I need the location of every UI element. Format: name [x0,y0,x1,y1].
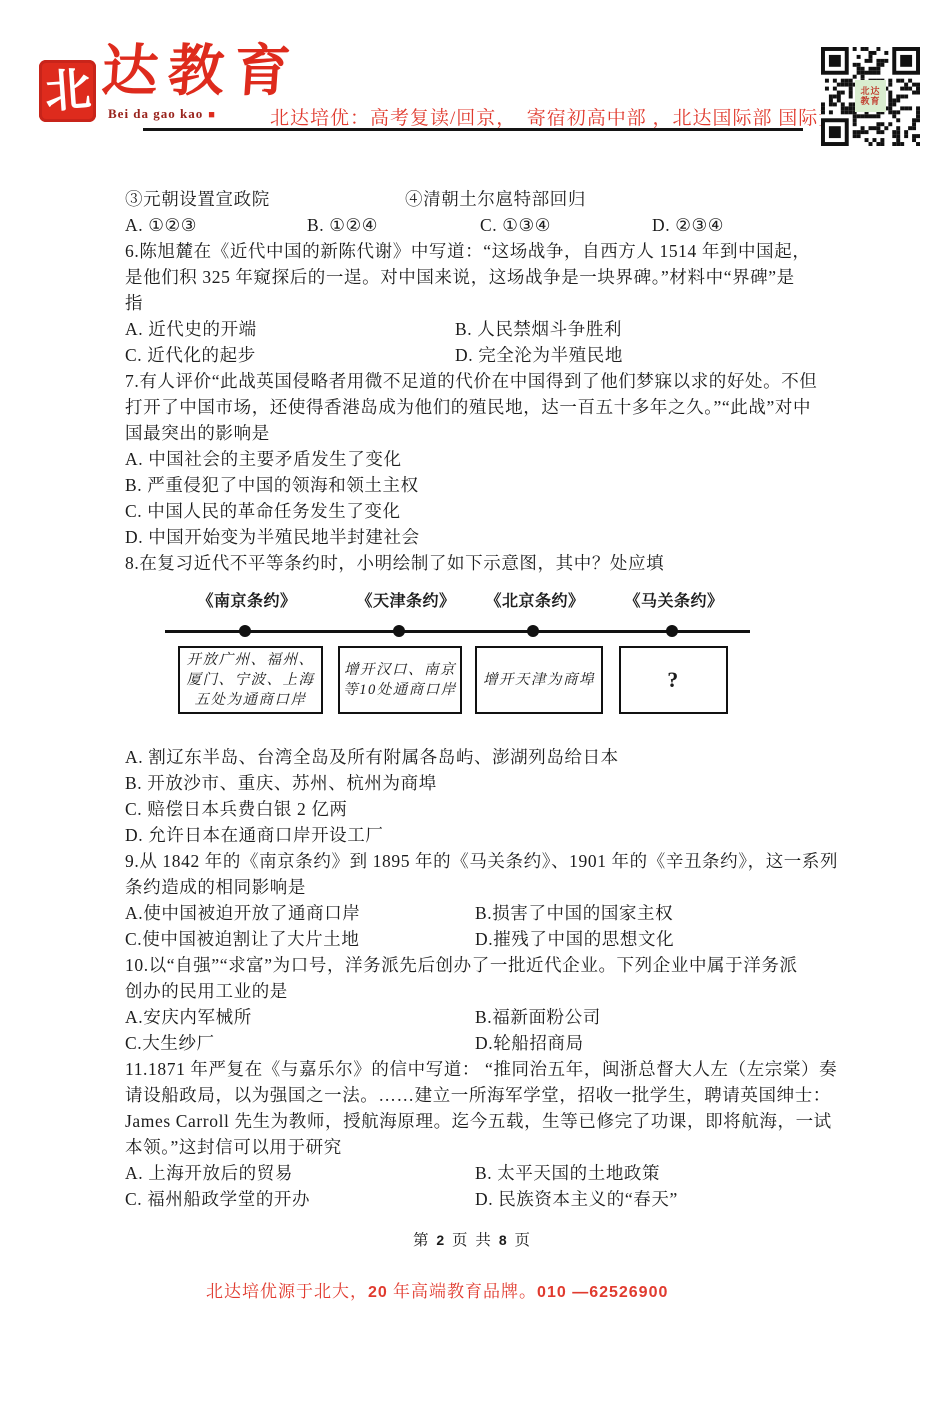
text-line: 10.以“自强”“求富”为口号，洋务派先后创办了一批近代企业。下列企业中属于洋务… [125,952,835,978]
text-line: A.安庆内军械所B.福新面粉公司 [125,1004,835,1030]
page-number: 第 2 页 共 8 页 [0,1228,945,1250]
text-segment: C. ①③④ [480,212,551,238]
timeline-line [165,630,750,633]
page-number-current: 2 [436,1232,446,1248]
timeline-dot [239,625,251,637]
text-segment: 指 [125,293,143,313]
text-segment: A.安庆内军械所 [125,1007,252,1027]
text-line: 请设船政局，以为强国之一法。……建立一所海军学堂，招收一批学生，聘请英国绅士： [125,1082,835,1108]
treaty-label-tianjin: 《天津条约》 [341,592,471,612]
text-segment: 本领。”这封信可以用于研究 [125,1137,342,1157]
text-line: 创办的民用工业的是 [125,978,835,1004]
text-segment: B. 人民禁烟斗争胜利 [455,316,622,342]
text-segment: D. ②③④ [652,212,724,238]
text-segment: C. 福州船政学堂的开办 [125,1189,310,1209]
header-tagline: 北达培优：高考复读/回京， 寄宿初高中部 ，北达国际部 国际竞赛部 [270,103,878,130]
footer-note: 北达培优源于北大，20 年高端教育品牌。010 —62526900 [206,1277,668,1302]
text-line: A. 中国社会的主要矛盾发生了变化 [125,446,835,472]
text-segment: D.轮船招商局 [475,1030,584,1056]
page-number-mid: 页 共 [446,1232,499,1249]
text-line: C.大生纱厂D.轮船招商局 [125,1030,835,1056]
text-line: James Carroll 先生为教师，授航海原理。迄今五载，生等已修完了功课，… [125,1108,835,1134]
treaty-box-nanjing: 开放广州、福州、 厦门、宁波、上海 五处为通商口岸 [178,646,323,714]
page-number-suffix: 页 [509,1232,532,1249]
text-line: ③元朝设置宣政院④清朝土尔扈特部回归 [125,186,835,212]
text-segment: ④清朝土尔扈特部回归 [405,186,586,212]
text-line: 本领。”这封信可以用于研究 [125,1134,835,1160]
text-segment: A. 上海开放后的贸易 [125,1163,293,1183]
text-segment: C. 近代化的起步 [125,345,256,365]
text-segment: 请设船政局，以为强国之一法。……建立一所海军学堂，招收一批学生，聘请英国绅士： [125,1085,831,1105]
text-line: A.使中国被迫开放了通商口岸B.损害了中国的国家主权 [125,900,835,926]
text-segment: 创办的民用工业的是 [125,981,288,1001]
treaty-label-maguan: 《马关条约》 [609,592,739,612]
text-line: D. 允许日本在通商口岸开设工厂 [125,822,835,848]
footer-note-text1: 北达培优源于北大， [206,1282,368,1301]
text-line: 打开了中国市场，还使得香港岛成为他们的殖民地，达一百五十多年之久。”“此战”对中 [125,394,835,420]
text-segment: B.损害了中国的国家主权 [475,900,673,926]
text-segment: B. 严重侵犯了中国的领海和领土主权 [125,475,419,495]
text-segment: 10.以“自强”“求富”为口号，洋务派先后创办了一批近代企业。下列企业中属于洋务… [125,955,798,975]
text-segment: D.摧残了中国的思想文化 [475,926,674,952]
text-line: 6.陈旭麓在《近代中国的新陈代谢》中写道：“这场战争，自西方人 1514 年到中… [125,238,835,264]
body-lines-bottom: A. 割辽东半岛、台湾全岛及所有附属各岛屿、澎湖列岛给日本B. 开放沙市、重庆、… [125,744,835,1212]
text-segment: 条约造成的相同影响是 [125,877,306,897]
footer-note-text2: 年高端教育品牌。 [388,1282,537,1301]
treaty-box-tianjin: 增开汉口、南京 等10处通商口岸 [338,646,462,714]
treaty-label-beijing: 《北京条约》 [470,592,600,612]
text-line: 国最突出的影响是 [125,420,835,446]
text-line: 11.1871 年严复在《与嘉乐尔》的信中写道： “推同治五年，闽浙总督大人左（… [125,1056,835,1082]
brand-logo-text: 达教育 [100,44,302,100]
body-text: ③元朝设置宣政院④清朝土尔扈特部回归A. ①②③B. ①②④C. ①③④D. ②… [125,186,835,1212]
text-line: B. 开放沙市、重庆、苏州、杭州为商埠 [125,770,835,796]
text-segment: ③元朝设置宣政院 [125,189,270,209]
treaty-box-question-mark: ? [619,646,728,714]
page-number-prefix: 第 [413,1232,436,1249]
footer-note-phone: 010 —62526900 [537,1284,668,1301]
text-segment: C. 赔偿日本兵费白银 2 亿两 [125,799,348,819]
text-segment: 11.1871 年严复在《与嘉乐尔》的信中写道： “推同治五年，闽浙总督大人左（… [125,1059,837,1079]
text-segment: 国最突出的影响是 [125,423,270,443]
text-segment: B. 开放沙市、重庆、苏州、杭州为商埠 [125,773,437,793]
text-segment: C.大生纱厂 [125,1033,215,1053]
treaty-label-nanjing: 《南京条约》 [182,592,312,612]
text-segment: 7.有人评价“此战英国侵略者用微不足道的代价在中国得到了他们梦寐以求的好处。不但 [125,371,817,391]
text-line: C. 赔偿日本兵费白银 2 亿两 [125,796,835,822]
text-line: C. 近代化的起步D. 完全沦为半殖民地 [125,342,835,368]
text-line: D. 中国开始变为半殖民地半封建社会 [125,524,835,550]
treaty-box-beijing: 增开天津为商埠 [475,646,603,714]
text-segment: B. ①②④ [307,212,378,238]
text-line: 9.从 1842 年的《南京条约》到 1895 年的《马关条约》、1901 年的… [125,848,835,874]
brand-logo-subtext: Bei da gao kao■ [108,106,216,122]
text-segment: A. 中国社会的主要矛盾发生了变化 [125,449,402,469]
text-line: A. 上海开放后的贸易B. 太平天国的土地政策 [125,1160,835,1186]
text-line: C. 中国人民的革命任务发生了变化 [125,498,835,524]
timeline-dot [666,625,678,637]
logo-subtext-label: Bei da gao kao [108,106,203,121]
text-segment: A. 近代史的开端 [125,319,257,339]
text-segment: 8.在复习近代不平等条约时，小明绘制了如下示意图，其中？处应填 [125,553,664,573]
text-segment: A. 割辽东半岛、台湾全岛及所有附属各岛屿、澎湖列岛给日本 [125,747,619,767]
text-segment: 打开了中国市场，还使得香港岛成为他们的殖民地，达一百五十多年之久。”“此战”对中 [125,397,811,417]
treaty-timeline-diagram: 《南京条约》 《天津条约》 《北京条约》 《马关条约》 开放广州、福州、 厦门、… [125,584,835,744]
text-segment: James Carroll 先生为教师，授航海原理。迄今五载，生等已修完了功课，… [125,1111,832,1131]
exam-page: 北 达教育 Bei da gao kao■ 北达培优：高考复读/回京， 寄宿初高… [0,0,945,1417]
text-line: 指 [125,290,835,316]
brand-seal-logo: 北 [39,60,96,122]
text-line: A. 近代史的开端B. 人民禁烟斗争胜利 [125,316,835,342]
red-square-mark: ■ [208,109,216,121]
page-number-total: 8 [499,1232,509,1248]
text-line: A. 割辽东半岛、台湾全岛及所有附属各岛屿、澎湖列岛给日本 [125,744,835,770]
footer-note-years: 20 [368,1284,388,1301]
text-segment: B.福新面粉公司 [475,1004,601,1030]
text-segment: C. 中国人民的革命任务发生了变化 [125,501,401,521]
text-segment: D. 允许日本在通商口岸开设工厂 [125,825,384,845]
timeline-dot [527,625,539,637]
text-line: 7.有人评价“此战英国侵略者用微不足道的代价在中国得到了他们梦寐以求的好处。不但 [125,368,835,394]
text-line: C. 福州船政学堂的开办D. 民族资本主义的“春天” [125,1186,835,1212]
text-line: 条约造成的相同影响是 [125,874,835,900]
text-segment: A.使中国被迫开放了通商口岸 [125,903,360,923]
text-segment: D. 中国开始变为半殖民地半封建社会 [125,527,420,547]
seal-character: 北 [43,66,92,115]
text-segment: A. ①②③ [125,215,197,235]
qr-label-line1: 北达 [860,86,880,96]
text-line: C.使中国被迫割让了大片土地D.摧残了中国的思想文化 [125,926,835,952]
qr-label-line2: 教育 [860,96,880,106]
text-line: 是他们积 325 年窥探后的一逞。对中国来说，这场战争是一块界碑。”材料中“界碑… [125,264,835,290]
text-segment: C.使中国被迫割让了大片土地 [125,929,359,949]
qr-center-label: 北达 教育 [855,80,886,112]
text-segment: D. 完全沦为半殖民地 [455,342,623,368]
text-line: 8.在复习近代不平等条约时，小明绘制了如下示意图，其中？处应填 [125,550,835,576]
timeline-dot [393,625,405,637]
text-segment: D. 民族资本主义的“春天” [475,1186,678,1212]
text-line: B. 严重侵犯了中国的领海和领土主权 [125,472,835,498]
text-segment: 6.陈旭麓在《近代中国的新陈代谢》中写道：“这场战争，自西方人 1514 年到中… [125,241,810,261]
text-segment: 是他们积 325 年窥探后的一逞。对中国来说，这场战争是一块界碑。”材料中“界碑… [125,267,795,287]
text-segment: B. 太平天国的土地政策 [475,1160,660,1186]
body-lines-top: ③元朝设置宣政院④清朝土尔扈特部回归A. ①②③B. ①②④C. ①③④D. ②… [125,186,835,576]
text-line: A. ①②③B. ①②④C. ①③④D. ②③④ [125,212,835,238]
header-divider [143,128,803,131]
text-segment: 9.从 1842 年的《南京条约》到 1895 年的《马关条约》、1901 年的… [125,851,838,871]
qr-code: 北达 教育 [821,47,920,146]
